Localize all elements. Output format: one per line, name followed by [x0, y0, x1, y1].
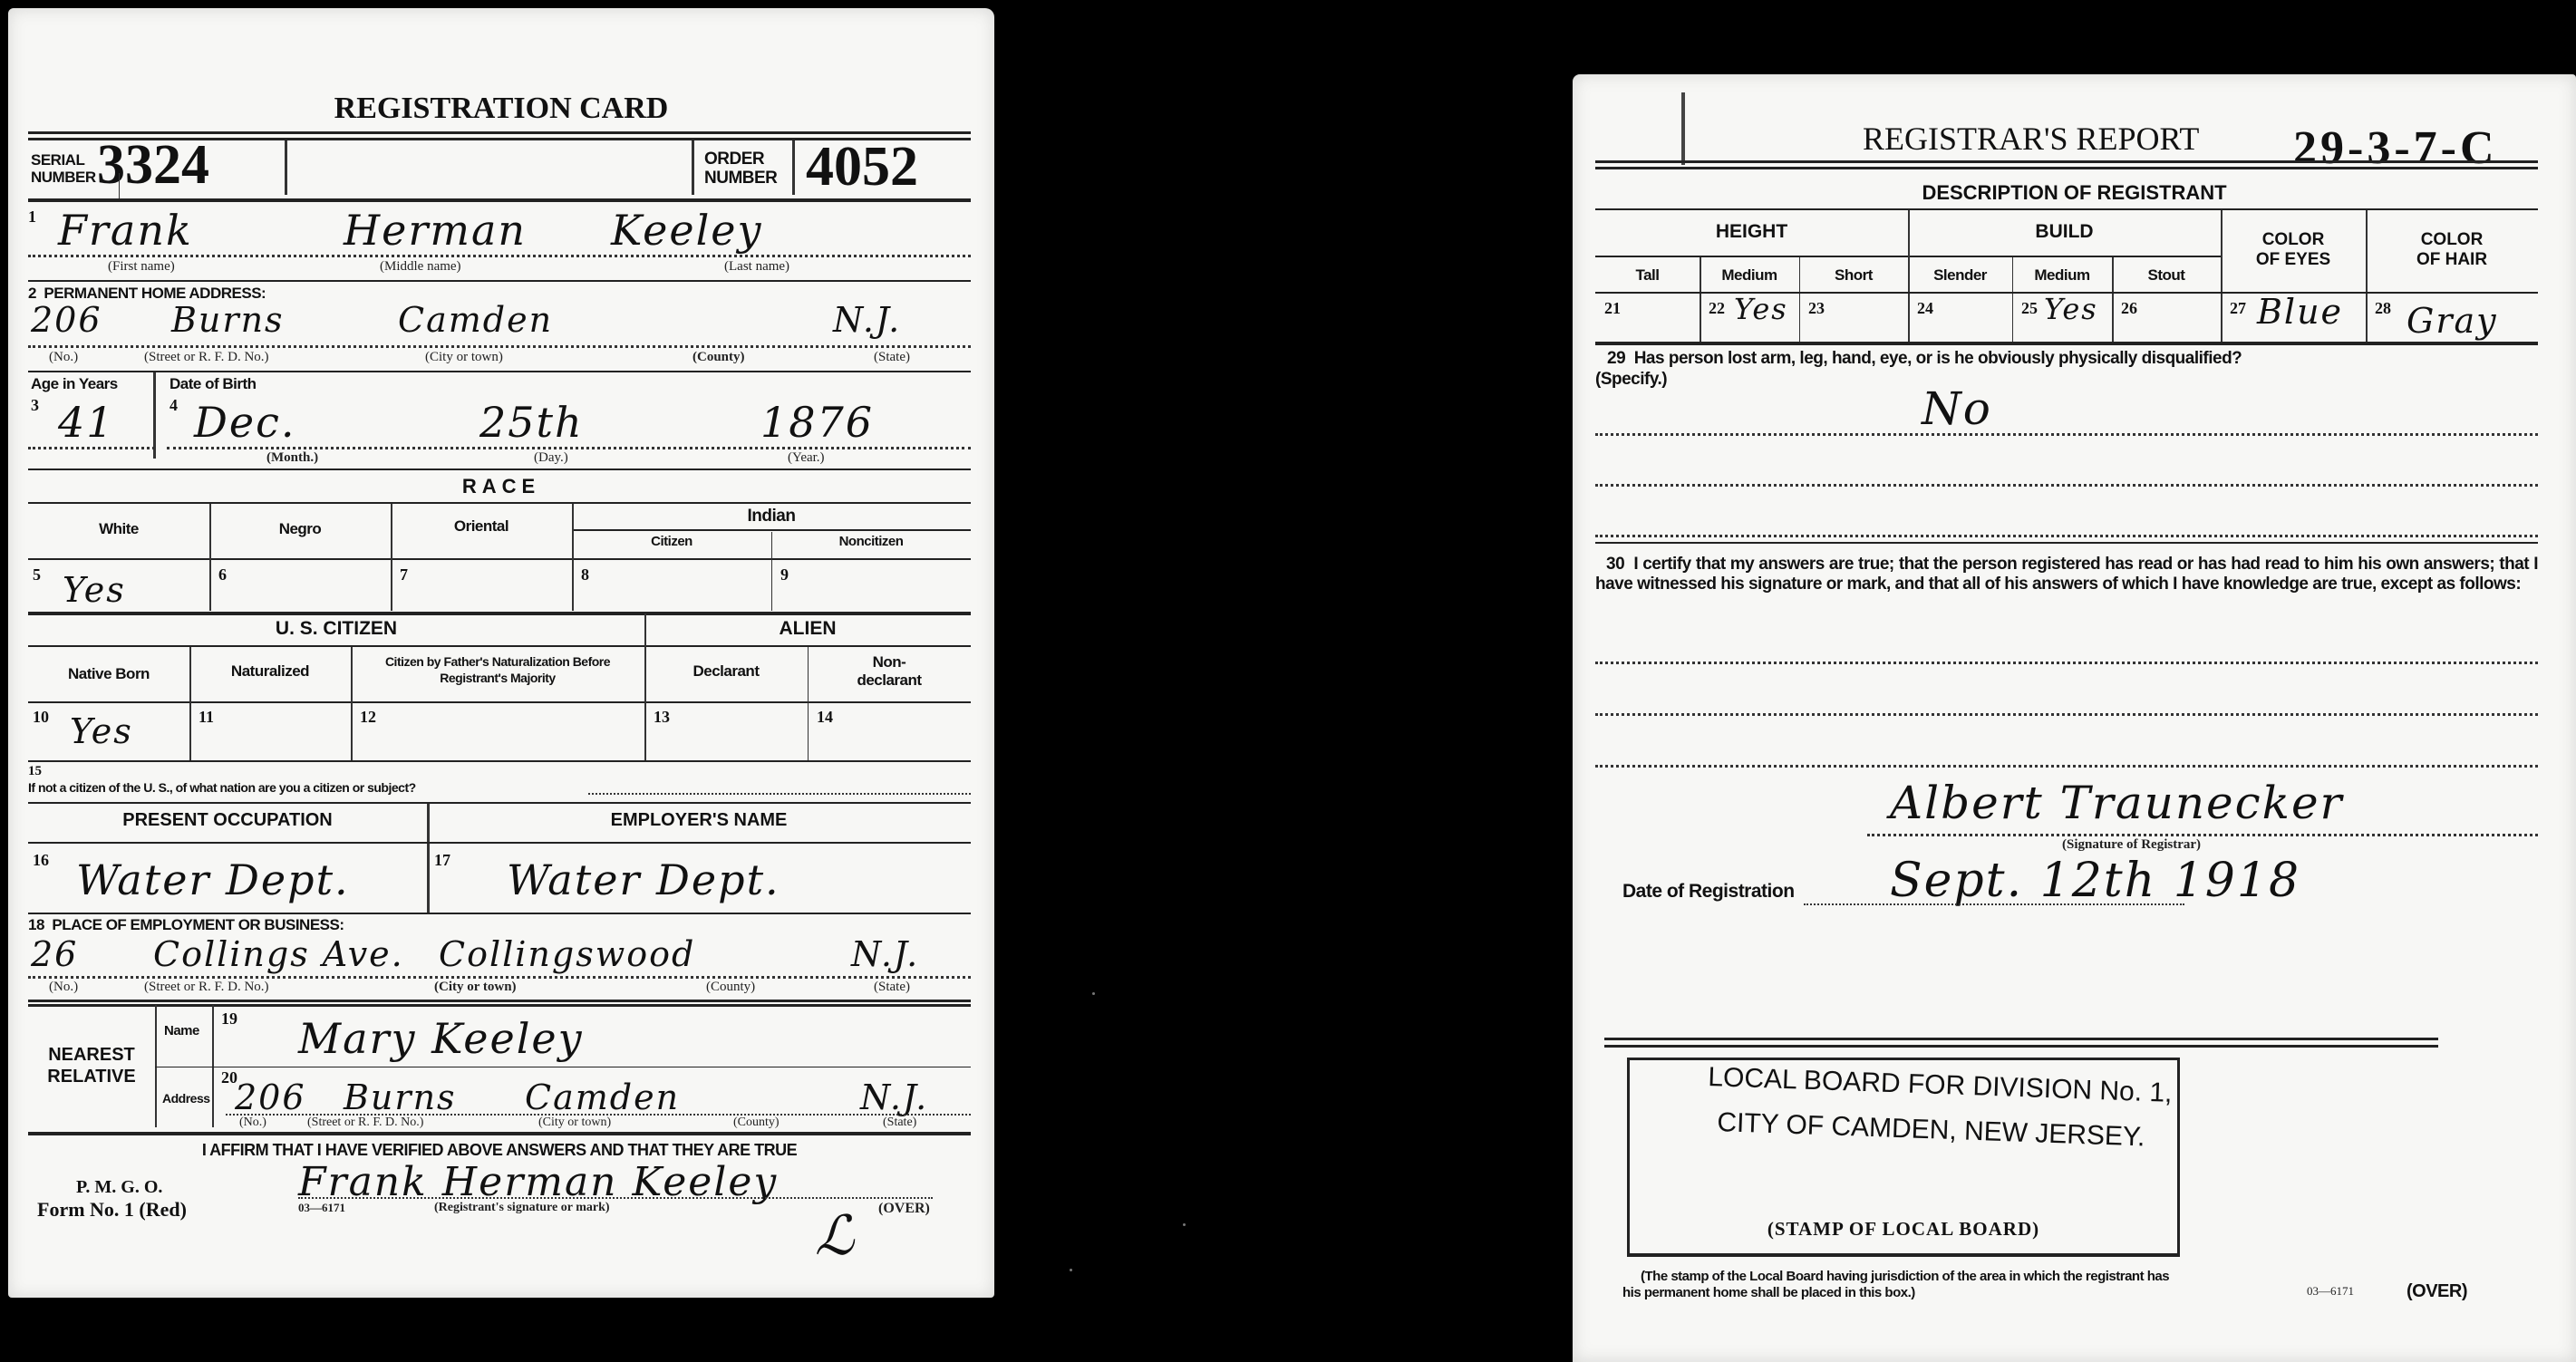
eye-color-heading: COLOROF EYES [2221, 230, 2366, 270]
address-city-value: Camden [398, 300, 553, 340]
eye-color-value: Blue [2257, 292, 2343, 332]
print-code: 03—6171 [298, 1201, 345, 1215]
order-label: ORDERNUMBER [704, 150, 777, 188]
birth-month-value: Dec. [194, 398, 296, 447]
relative-name-value: Mary Keeley [298, 1014, 584, 1063]
serial-number: 3324 [97, 133, 209, 198]
right-print-code: 03—6171 [2307, 1284, 2354, 1299]
registration-card-front: REGISTRATION CARD SERIALNUMBER 3324 ORDE… [8, 8, 994, 1298]
stamp-footnote: (The stamp of the Local Board having jur… [1622, 1269, 2184, 1301]
address-state-value: N.J. [833, 300, 901, 340]
card-title: REGISTRATION CARD [8, 92, 994, 126]
race-heading: RACE [8, 475, 994, 498]
last-name-value: Keeley [611, 206, 763, 255]
employment-city-value: Collingswood [439, 934, 695, 974]
registrars-report: REGISTRAR'S REPORT 29-3-7-C DESCRIPTION … [1573, 74, 2576, 1362]
employment-street-value: Collings Ave. [153, 934, 404, 974]
native-born-value: Yes [70, 711, 133, 751]
form-id-pmgo: P. M. G. O. [76, 1177, 162, 1198]
race-white-value: Yes [63, 570, 126, 610]
registrar-signature: Albert Traunecker [1890, 777, 2343, 829]
description-heading: DESCRIPTION OF REGISTRANT [1573, 181, 2576, 205]
over-label: (OVER) [878, 1201, 930, 1217]
registration-date-value: Sept. 12th 1918 [1890, 854, 2300, 908]
hair-color-value: Gray [2407, 301, 2498, 341]
order-number: 4052 [806, 135, 918, 199]
address-street-value: Burns [171, 300, 285, 340]
height-medium-value: Yes [1734, 292, 1788, 326]
signature-flourish: ℒ [815, 1204, 856, 1268]
report-title: REGISTRAR'S REPORT [1863, 120, 2199, 158]
relative-city-value: Camden [525, 1077, 680, 1117]
hair-color-heading: COLOROF HAIR [2366, 230, 2538, 270]
registration-date-label: Date of Registration [1622, 881, 1795, 903]
stamp-caption: (STAMP OF LOCAL BOARD) [1627, 1218, 2180, 1241]
q29-text: 29 Has person lost arm, leg, hand, eye, … [1607, 349, 2242, 369]
scan-speck [1070, 1269, 1072, 1271]
occupation-value: Water Dept. [76, 855, 350, 904]
form-id-number: Form No. 1 (Red) [37, 1198, 187, 1222]
affirmation-text: I AFFIRM THAT I HAVE VERIFIED ABOVE ANSW… [28, 1141, 971, 1160]
serial-label: SERIALNUMBER [31, 151, 96, 186]
q29-answer: No [1922, 382, 1992, 435]
q30-text: 30 I certify that my answers are true; t… [1595, 555, 2538, 594]
relative-street-value: Burns [344, 1077, 457, 1117]
employment-state-value: N.J. [851, 934, 919, 974]
employment-place-heading: 18 PLACE OF EMPLOYMENT OR BUSINESS: [28, 916, 344, 934]
employer-value: Water Dept. [507, 855, 780, 904]
middle-name-value: Herman [344, 206, 527, 255]
address-no-value: 206 [31, 300, 102, 340]
age-value: 41 [58, 398, 115, 447]
scan-speck [1183, 1223, 1186, 1226]
build-medium-value: Yes [2044, 292, 2098, 326]
nearest-relative-heading: NEARESTRELATIVE [28, 1044, 155, 1087]
birth-day-value: 25th [479, 398, 584, 447]
scan-speck [1092, 992, 1095, 995]
right-over-label: (OVER) [2407, 1281, 2467, 1302]
relative-state-value: N.J. [860, 1077, 928, 1117]
q15-text: If not a citizen of the U. S., of what n… [28, 780, 416, 795]
first-name-value: Frank [58, 206, 193, 255]
birth-year-value: 1876 [760, 398, 874, 447]
